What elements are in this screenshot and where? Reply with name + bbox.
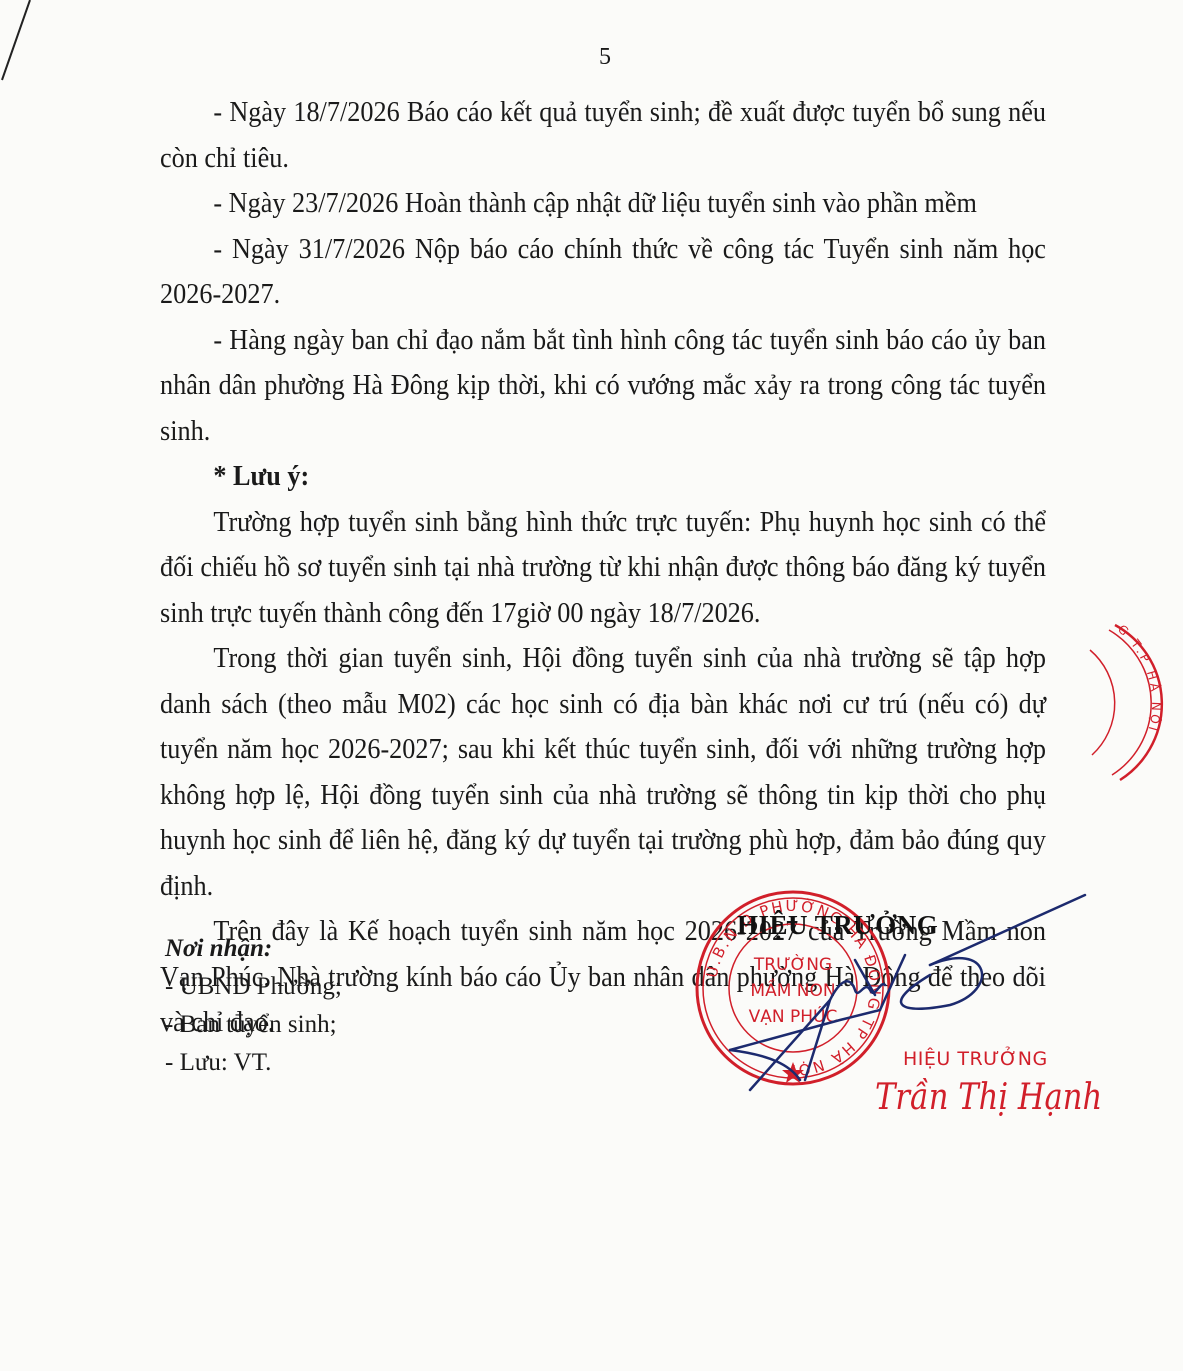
- paragraph-1: - Ngày 18/7/2026 Báo cáo kết quả tuyển s…: [160, 90, 1046, 181]
- paragraph-admission-council: Trong thời gian tuyển sinh, Hội đồng tuy…: [160, 636, 1046, 909]
- paragraph-2: - Ngày 23/7/2026 Hoàn thành cập nhật dữ …: [160, 181, 1046, 227]
- svg-text:G T.P HÀ NỘI: G T.P HÀ NỘI: [1115, 622, 1164, 735]
- note-heading: * Lưu ý:: [160, 454, 1046, 500]
- paragraph-3: - Ngày 31/7/2026 Nộp báo cáo chính thức …: [160, 227, 1046, 318]
- paragraph-online-registration: Trường hợp tuyển sinh bằng hình thức trự…: [160, 500, 1046, 637]
- recipient-item: - Lưu: VT.: [165, 1044, 342, 1082]
- signature-block: U.B.N.D PHƯỜNG HÀ ĐÔNG TP HÀ NỘI TRƯỜNG …: [680, 880, 1150, 1140]
- page-number: 5: [0, 44, 1183, 71]
- side-stamp-text: G T.P HÀ NỘI: [1115, 622, 1164, 735]
- paragraph-4: - Hàng ngày ban chỉ đạo nắm bắt tình hìn…: [160, 318, 1046, 455]
- recipient-item: - Ban tuyển sinh;: [165, 1006, 342, 1044]
- recipients-title: Nơi nhận:: [165, 930, 342, 968]
- handwritten-signature-icon: [680, 880, 1150, 1120]
- partial-stamp-icon: G T.P HÀ NỘI: [1080, 610, 1183, 790]
- recipients-block: Nơi nhận: - UBND Phường; - Ban tuyển sin…: [165, 930, 342, 1082]
- recipient-item: - UBND Phường;: [165, 968, 342, 1006]
